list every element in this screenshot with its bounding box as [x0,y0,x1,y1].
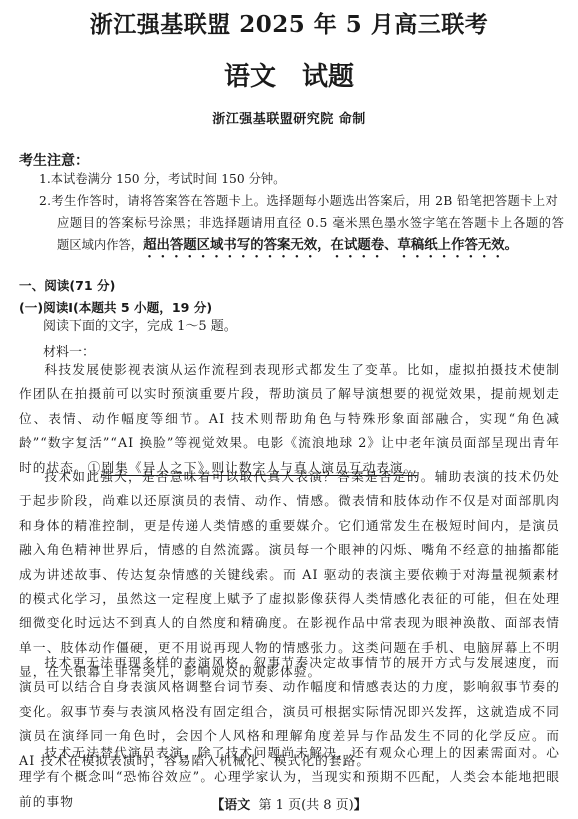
notice-item-2-end: 题区域内作答，超出答题区域书写的答案无效，在试题卷、草稿纸上作答无效。 [57,236,518,261]
notice-item-2-tail: 题区域内作答， [57,238,143,252]
page-footer: 【语文 第 1 页(共 8 页)】 [0,794,578,813]
reading-instruction: 阅读下面的文字，完成 1～5 题。 [43,318,237,336]
footer-bracket-close: 】 [354,798,367,813]
notice-item-1: 1.本试卷满分 150 分，考试时间 150 分钟。 [39,170,285,188]
exam-page: 浙江强基联盟 2025 年 5 月高三联考 语文试题 浙江强基联盟研究院 命制 … [0,0,578,819]
subject-name: 语文 [224,56,276,93]
sub-section-title: (一)阅读Ⅰ(本题共 5 小题，19 分) [19,297,212,316]
paper-maker: 浙江强基联盟研究院 命制 [0,108,578,127]
notice-heading: 考生注意： [19,150,89,170]
paper-type: 试题 [302,56,354,93]
part-title: 一、阅读(71 分) [19,275,115,294]
notice-item-2: 2.考生作答时，请将答案答在答题卡上。选择题每小题选出答案后，用 2B 铅笔把答… [39,192,558,210]
subject-title: 语文试题 [0,56,578,93]
footer-subject: 语文 [224,798,250,813]
exam-title: 浙江强基联盟 2025 年 5 月高三联考 [0,6,578,39]
footer-bracket-open: 【 [211,798,224,813]
paragraph-1-text: 科技发展使影视表演从运作流程到表现形式都发生了变革。比如，虚拟拍摄技术使制作团队… [19,362,560,475]
paragraph-1: 科技发展使影视表演从运作流程到表现形式都发生了变革。比如，虚拟拍摄技术使制作团队… [19,358,560,480]
notice-emphasis: 超出答题区域书写的答案无效，在试题卷、草稿纸上作答无效。 [143,238,518,253]
notice-item-2-cont: 应题目的答案标号涂黑；非选择题请用直径 0.5 毫米黑色墨水签字笔在答题卡上各题… [57,214,565,232]
footer-page-info: 第 1 页(共 8 页) [259,798,354,813]
